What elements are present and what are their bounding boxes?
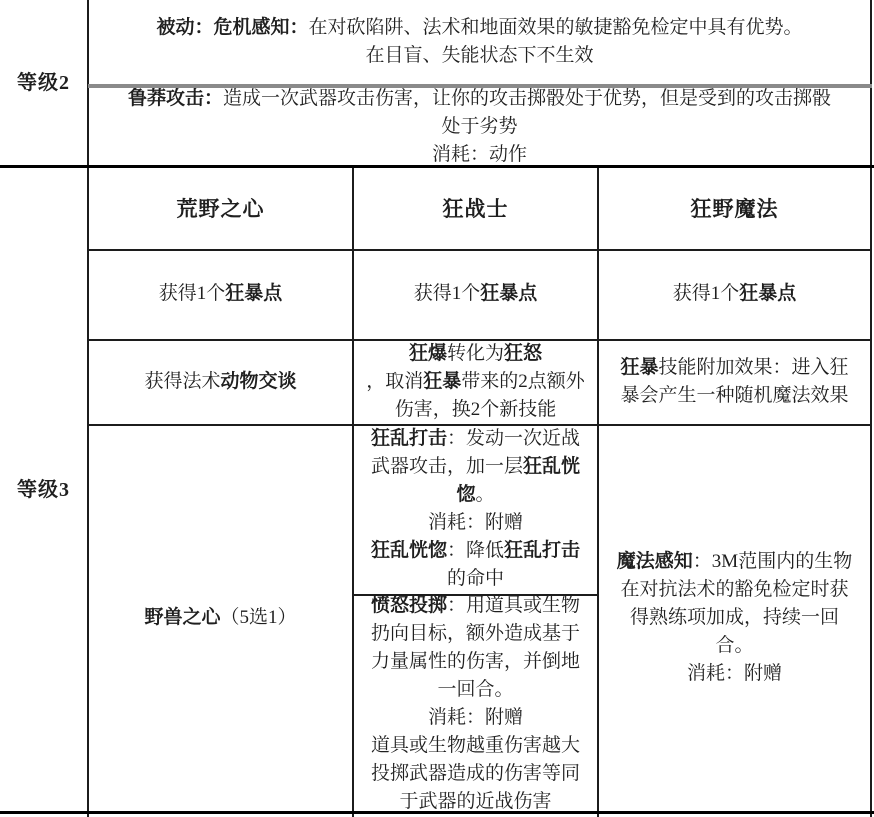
passive-danger-sense-cell: 被动：危机感知：在对砍陷阱、法术和地面效果的敏捷豁免检定中具有优势。 在目盲、失… (89, 0, 870, 84)
ability-table: 等级2 被动：危机感知：在对砍陷阱、法术和地面效果的敏捷豁免检定中具有优势。 在… (0, 0, 874, 817)
beast-heart-cell: 野兽之心（5选1） (89, 424, 352, 811)
level-3-label: 等级3 (0, 168, 87, 811)
border-section-level2-level3 (0, 165, 874, 168)
border-col2-col3 (597, 168, 599, 817)
divider-passive-reckless (88, 84, 872, 88)
rage-point-cell-wildheart: 获得1个狂暴点 (89, 249, 352, 339)
magic-awareness-cell: 魔法感知：3M范围内的生物在对抗法术的豁免检定时获得熟练项加成，持续一回合。 消… (599, 424, 870, 811)
border-row2-bottom (88, 424, 872, 426)
header-wildheart: 荒野之心 (89, 168, 352, 249)
border-header-bottom (88, 249, 872, 251)
header-wild-magic: 狂野魔法 (599, 168, 870, 249)
frenzied-strike-cell: 狂乱打击：发动一次近战武器攻击，加一层狂乱恍惚。 消耗：附赠 狂乱恍惚：降低狂乱… (354, 424, 597, 594)
border-ragepoint-bottom (88, 339, 872, 341)
frenzy-conversion-cell: 狂爆转化为狂怒 ，取消狂暴带来的2点额外伤害，换2个新技能 (354, 339, 597, 424)
enraged-throw-cell: 愤怒投掷：用道具或生物扔向目标，额外造成基于力量属性的伤害，并倒地一回合。 消耗… (354, 596, 597, 811)
reckless-attack-cell: 鲁莽攻击：造成一次武器攻击伤害，让你的攻击掷骰处于优势，但是受到的攻击掷骰 处于… (89, 88, 870, 165)
border-right-edge (870, 0, 872, 817)
header-berserker: 狂战士 (354, 168, 597, 249)
border-berserker-split (352, 594, 599, 596)
rage-bonus-effect-cell: 狂暴技能附加效果：进入狂暴会产生一种随机魔法效果 (599, 339, 870, 424)
rage-point-cell-berserker: 获得1个狂暴点 (354, 249, 597, 339)
border-label-column (87, 0, 89, 817)
animal-speech-cell: 获得法术动物交谈 (89, 339, 352, 424)
level-2-label: 等级2 (0, 0, 87, 165)
border-col1-col2 (352, 168, 354, 817)
rage-point-cell-wild-magic: 获得1个狂暴点 (599, 249, 870, 339)
border-section-bottom (0, 811, 874, 814)
